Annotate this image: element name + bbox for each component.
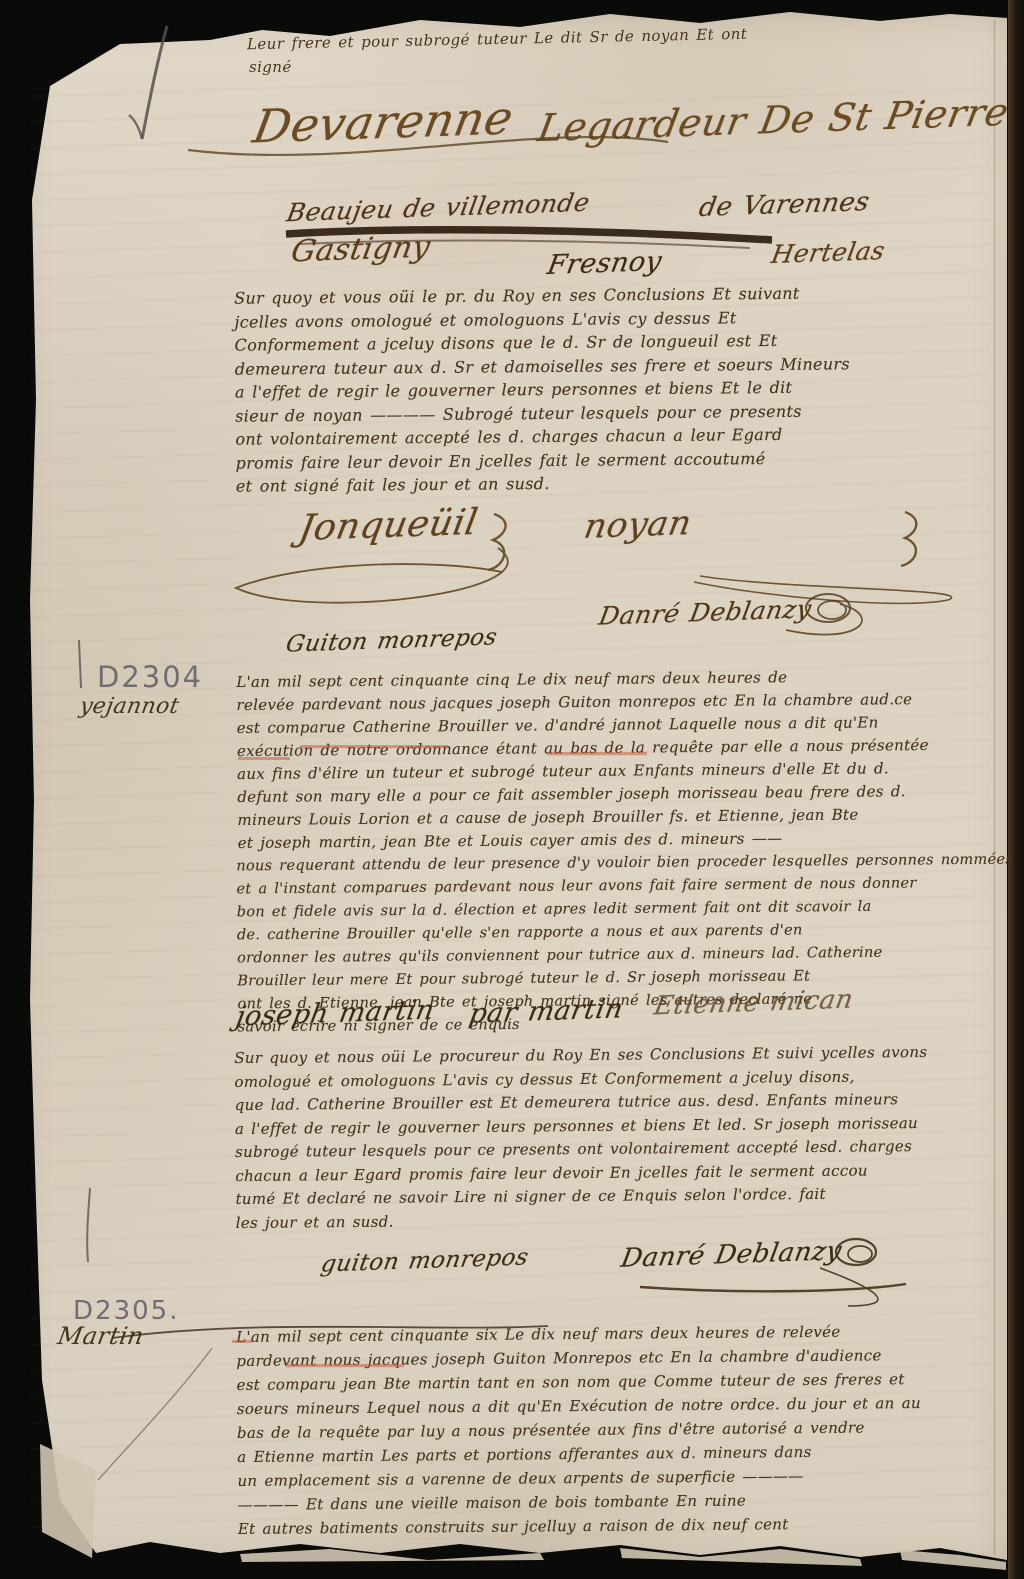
header-note-line2: signé xyxy=(249,58,292,76)
signature-fresnoy: Fresnoy xyxy=(545,246,664,281)
signature-noyan: noyan xyxy=(581,503,695,547)
margin-name-martin: Martin xyxy=(56,1322,146,1350)
paragraph-homologation-1: Sur quoy et vous oüi le pr. du Roy en se… xyxy=(234,281,851,498)
signature-de-varennes: de Varennes xyxy=(697,187,872,223)
binding-edge xyxy=(1008,0,1024,1579)
signature-hertel: Hertelas xyxy=(769,236,887,269)
margin-code-d2304: D2304 xyxy=(97,660,203,694)
signature-devarenne: Devarenne xyxy=(249,91,517,154)
signature-jonqueuil: Jonqueüil xyxy=(296,502,481,549)
paragraph-vente-martin: L'an mil sept cent cinquante six Le dix … xyxy=(236,1319,922,1541)
manuscript-scan: Leur frere et pour subrogé tuteur Le dit… xyxy=(0,0,1024,1579)
paragraph-tutelle-jannot: L'an mil sept cent cinquante cinq Le dix… xyxy=(236,665,929,855)
paper-fold-line xyxy=(993,20,996,1555)
margin-name-yejannot: yejannot xyxy=(78,694,181,719)
signature-gastigny: Gastigny xyxy=(288,230,433,270)
paragraph-homologation-2: Sur quoy et nous oüi Le procureur du Roy… xyxy=(234,1041,929,1235)
signature-jan-martin: par martin xyxy=(467,993,626,1029)
